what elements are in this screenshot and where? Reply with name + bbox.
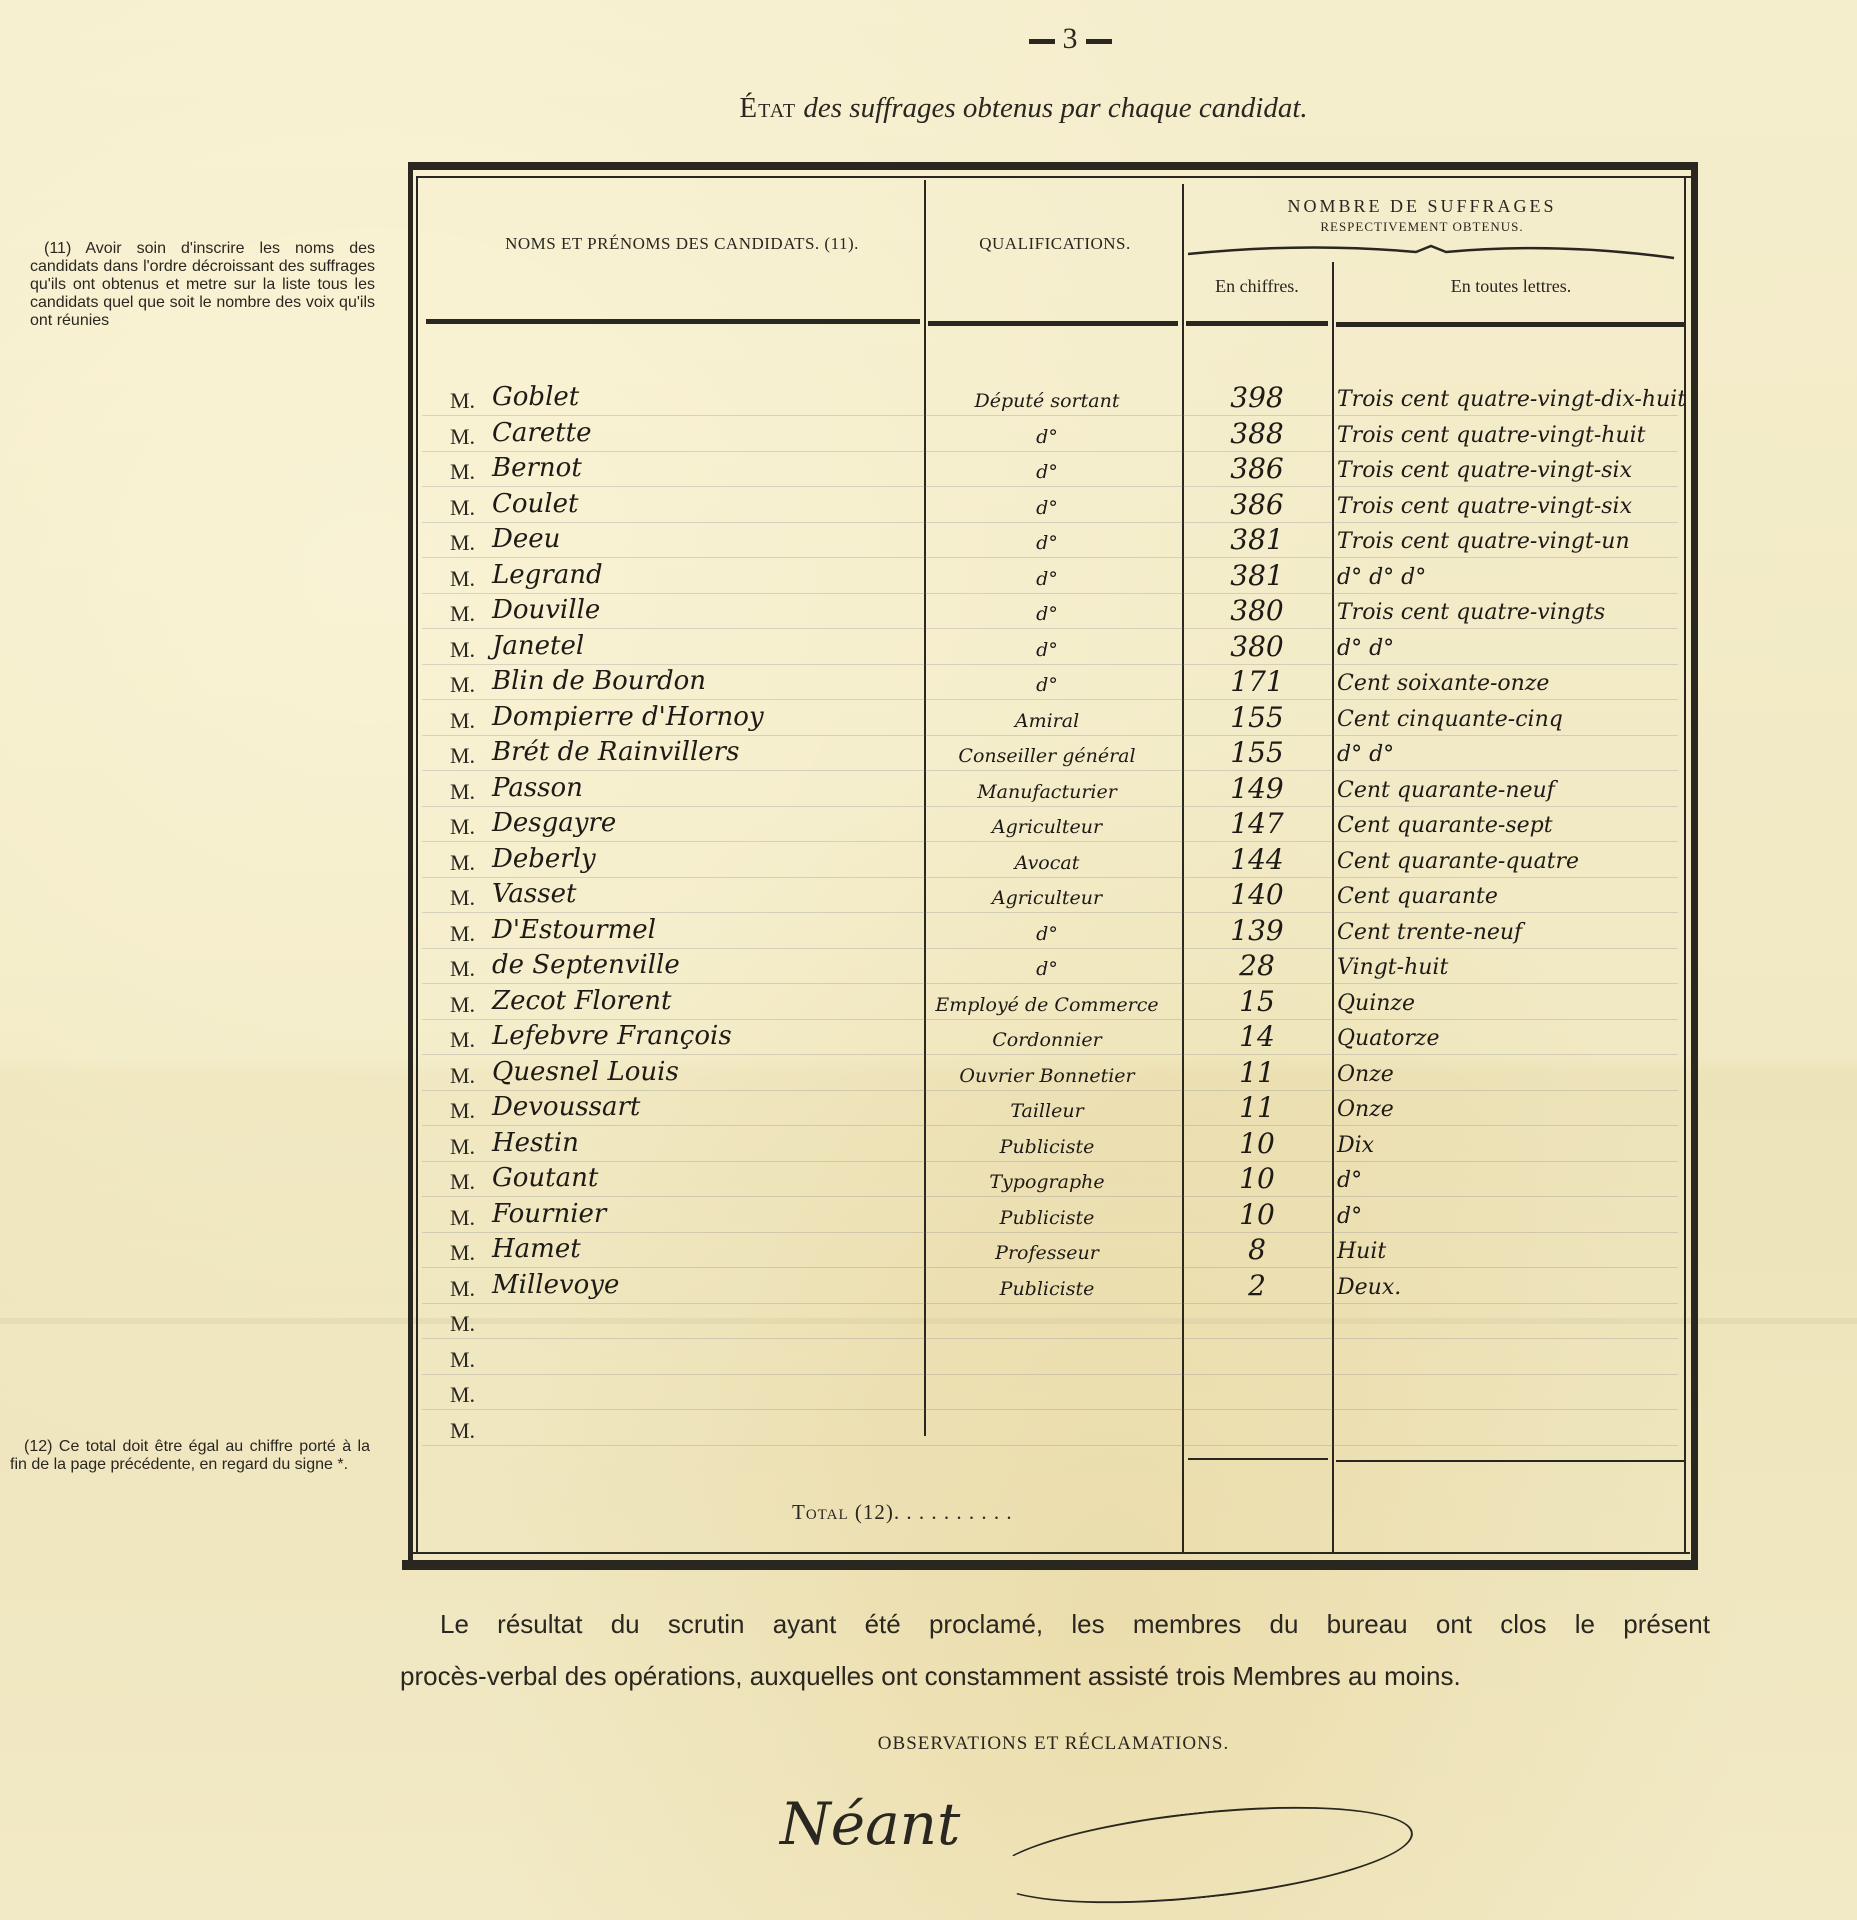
votes-figures: 381 bbox=[1184, 523, 1330, 556]
votes-words: Cent quarante bbox=[1337, 884, 1498, 909]
row-prefix: M. bbox=[450, 1169, 475, 1195]
candidate-qualification: d° bbox=[922, 923, 1172, 945]
row-prefix: M. bbox=[450, 1311, 475, 1337]
votes-words: Quinze bbox=[1337, 991, 1415, 1016]
row-prefix: M. bbox=[450, 1063, 475, 1089]
table-border-bottom bbox=[402, 1560, 1694, 1570]
votes-words: d° d° d° bbox=[1337, 565, 1426, 590]
table-row: M.Douvilled°380Trois cent quatre-vingts bbox=[402, 593, 1698, 629]
table-row: M.FournierPubliciste10d° bbox=[402, 1197, 1698, 1233]
table-row: M.Quesnel LouisOuvrier Bonnetier11Onze bbox=[402, 1055, 1698, 1091]
total-label-word: Total bbox=[792, 1500, 849, 1524]
candidate-qualification: d° bbox=[922, 532, 1172, 554]
footnote-12: (12) Ce total doit être égal au chiffre … bbox=[10, 1438, 370, 1474]
row-prefix: M. bbox=[450, 921, 475, 947]
table-row: M.Blin de Bourdond°171Cent soixante-onze bbox=[402, 664, 1698, 700]
votes-figures: 28 bbox=[1184, 949, 1330, 982]
votes-figures: 140 bbox=[1184, 878, 1330, 911]
footnote-11: (11) Avoir soin d'inscrire les noms des … bbox=[30, 240, 375, 330]
candidate-name: Goblet bbox=[492, 382, 579, 412]
candidate-qualification: Publiciste bbox=[922, 1207, 1172, 1229]
votes-words: Trois cent quatre-vingts bbox=[1337, 600, 1605, 625]
votes-figures: 14 bbox=[1184, 1020, 1330, 1053]
candidate-qualification: Employé de Commerce bbox=[922, 994, 1172, 1016]
table-row: M.Dompierre d'HornoyAmiral155Cent cinqua… bbox=[402, 700, 1698, 736]
table-row: M. bbox=[402, 1410, 1698, 1446]
candidate-name: Hamet bbox=[492, 1234, 581, 1264]
votes-words: Vingt-huit bbox=[1337, 955, 1448, 980]
votes-figures: 2 bbox=[1184, 1269, 1330, 1302]
votes-words: Cent trente-neuf bbox=[1337, 920, 1522, 945]
votes-words: d° bbox=[1337, 1204, 1362, 1229]
votes-figures: 10 bbox=[1184, 1198, 1330, 1231]
table-row: M.MillevoyePubliciste2Deux. bbox=[402, 1268, 1698, 1304]
candidate-name: D'Estourmel bbox=[492, 915, 656, 945]
votes-words: Trois cent quatre-vingt-dix-huit bbox=[1337, 387, 1686, 412]
candidate-qualification: d° bbox=[922, 603, 1172, 625]
row-prefix: M. bbox=[450, 1418, 475, 1444]
table-row: M. bbox=[402, 1374, 1698, 1410]
votes-words: Trois cent quatre-vingt-huit bbox=[1337, 423, 1645, 448]
table-row: M. bbox=[402, 1339, 1698, 1375]
row-prefix: M. bbox=[450, 992, 475, 1018]
votes-words: Trois cent quatre-vingt-six bbox=[1337, 458, 1632, 483]
title-etat: État bbox=[739, 92, 796, 124]
votes-words: Cent soixante-onze bbox=[1337, 671, 1549, 696]
votes-figures: 171 bbox=[1184, 665, 1330, 698]
votes-words: Trois cent quatre-vingt-six bbox=[1337, 494, 1632, 519]
votes-figures: 155 bbox=[1184, 701, 1330, 734]
candidate-qualification: Tailleur bbox=[922, 1100, 1172, 1122]
header-underline-lettres bbox=[1336, 322, 1686, 327]
candidate-qualification: Agriculteur bbox=[922, 887, 1172, 909]
votes-figures: 380 bbox=[1184, 630, 1330, 663]
table-row: M.Zecot FlorentEmployé de Commerce15Quin… bbox=[402, 984, 1698, 1020]
candidate-name: Zecot Florent bbox=[492, 986, 671, 1016]
table-row: M.Couletd°386Trois cent quatre-vingt-six bbox=[402, 487, 1698, 523]
candidate-qualification: Avocat bbox=[922, 852, 1172, 874]
candidate-name: Douville bbox=[492, 595, 600, 625]
candidate-qualification: d° bbox=[922, 497, 1172, 519]
votes-figures: 381 bbox=[1184, 559, 1330, 592]
candidate-name: Brét de Rainvillers bbox=[492, 737, 739, 767]
dash-right bbox=[1086, 39, 1112, 44]
votes-words: Cent quarante-quatre bbox=[1337, 849, 1579, 874]
candidate-name: Lefebvre François bbox=[492, 1021, 732, 1051]
candidate-name: Coulet bbox=[492, 489, 578, 519]
candidate-name: Carette bbox=[492, 418, 592, 448]
table-row: M.VassetAgriculteur140Cent quarante bbox=[402, 877, 1698, 913]
table-row: M.GobletDéputé sortant398Trois cent quat… bbox=[402, 380, 1698, 416]
candidate-qualification: Ouvrier Bonnetier bbox=[922, 1065, 1172, 1087]
candidate-name: Janetel bbox=[492, 631, 584, 661]
closing-line-1: Le résultat du scrutin ayant été proclam… bbox=[400, 1598, 1710, 1650]
table-row: M.HametProfesseur8Huit bbox=[402, 1232, 1698, 1268]
candidate-qualification: Publiciste bbox=[922, 1136, 1172, 1158]
table-row: M.HestinPubliciste10Dix bbox=[402, 1126, 1698, 1162]
candidate-name: Deeu bbox=[492, 524, 560, 554]
votes-words: Onze bbox=[1337, 1097, 1394, 1122]
row-prefix: M. bbox=[450, 495, 475, 521]
table-row: M.Brét de RainvillersConseiller général1… bbox=[402, 735, 1698, 771]
table-row: M.Deeud°381Trois cent quatre-vingt-un bbox=[402, 522, 1698, 558]
votes-figures: 11 bbox=[1184, 1091, 1330, 1124]
votes-figures: 386 bbox=[1184, 452, 1330, 485]
table-border-bottom-inner bbox=[408, 1552, 1690, 1554]
candidate-name: Hestin bbox=[492, 1128, 579, 1158]
votes-figures: 155 bbox=[1184, 736, 1330, 769]
candidate-name: Deberly bbox=[492, 844, 596, 874]
candidate-name: Passon bbox=[492, 773, 583, 803]
row-prefix: M. bbox=[450, 1098, 475, 1124]
page-number: 3 bbox=[1000, 22, 1140, 56]
candidate-qualification: d° bbox=[922, 958, 1172, 980]
row-prefix: M. bbox=[450, 885, 475, 911]
votes-words: Huit bbox=[1337, 1239, 1386, 1264]
row-rule bbox=[422, 1445, 1678, 1446]
votes-words: Onze bbox=[1337, 1062, 1394, 1087]
votes-words: Cent quarante-sept bbox=[1337, 813, 1553, 838]
votes-figures: 8 bbox=[1184, 1233, 1330, 1266]
table-row: M.DesgayreAgriculteur147Cent quarante-se… bbox=[402, 806, 1698, 842]
candidate-name: Millevoye bbox=[492, 1270, 619, 1300]
row-prefix: M. bbox=[450, 1382, 475, 1408]
candidate-qualification: d° bbox=[922, 674, 1172, 696]
votes-figures: 15 bbox=[1184, 985, 1330, 1018]
candidate-name: Desgayre bbox=[492, 808, 616, 838]
table-border-top-inner bbox=[416, 176, 1692, 178]
row-prefix: M. bbox=[450, 708, 475, 734]
candidate-name: Goutant bbox=[492, 1163, 598, 1193]
votes-figures: 386 bbox=[1184, 488, 1330, 521]
total-label-dots: (12). . . . . . . . . . bbox=[849, 1500, 1013, 1524]
row-prefix: M. bbox=[450, 601, 475, 627]
observations-content: Néant bbox=[780, 1790, 960, 1858]
row-prefix: M. bbox=[450, 424, 475, 450]
candidate-name: Legrand bbox=[492, 560, 603, 590]
row-prefix: M. bbox=[450, 566, 475, 592]
candidate-name: Devoussart bbox=[492, 1092, 640, 1122]
table-row: M.PassonManufacturier149Cent quarante-ne… bbox=[402, 771, 1698, 807]
header-underline-qual bbox=[928, 321, 1178, 326]
candidate-name: Vasset bbox=[492, 879, 576, 909]
row-prefix: M. bbox=[450, 1347, 475, 1373]
candidate-qualification: Manufacturier bbox=[922, 781, 1172, 803]
votes-figures: 380 bbox=[1184, 594, 1330, 627]
row-prefix: M. bbox=[450, 459, 475, 485]
total-line-chiffres bbox=[1188, 1458, 1328, 1460]
votes-figures: 10 bbox=[1184, 1127, 1330, 1160]
votes-words: d° d° bbox=[1337, 636, 1394, 661]
table-row: M. bbox=[402, 1303, 1698, 1339]
votes-figures: 139 bbox=[1184, 914, 1330, 947]
candidate-name: Bernot bbox=[492, 453, 582, 483]
votes-words: Cent cinquante-cinq bbox=[1337, 707, 1563, 732]
row-prefix: M. bbox=[450, 637, 475, 663]
header-underline-chiffres bbox=[1186, 321, 1328, 326]
table-row: M.Legrandd°381d° d° d° bbox=[402, 558, 1698, 594]
table-row: M.DeberlyAvocat144Cent quarante-quatre bbox=[402, 842, 1698, 878]
votes-words: Trois cent quatre-vingt-un bbox=[1337, 529, 1630, 554]
votes-figures: 10 bbox=[1184, 1162, 1330, 1195]
row-prefix: M. bbox=[450, 530, 475, 556]
candidate-name: de Septenville bbox=[492, 950, 680, 980]
votes-figures: 149 bbox=[1184, 772, 1330, 805]
header-en-lettres: En toutes lettres. bbox=[1336, 276, 1686, 297]
observations-heading: OBSERVATIONS ET RÉCLAMATIONS. bbox=[0, 1733, 1857, 1755]
table-row: M.DevoussartTailleur11Onze bbox=[402, 1090, 1698, 1126]
votes-words: d° bbox=[1337, 1168, 1362, 1193]
row-prefix: M. bbox=[450, 1134, 475, 1160]
row-prefix: M. bbox=[450, 1027, 475, 1053]
votes-words: Dix bbox=[1337, 1133, 1374, 1158]
candidate-name: Dompierre d'Hornoy bbox=[492, 702, 764, 732]
row-prefix: M. bbox=[450, 672, 475, 698]
total-label: Total (12). . . . . . . . . . bbox=[792, 1500, 1177, 1525]
votes-words: Quatorze bbox=[1337, 1026, 1440, 1051]
row-prefix: M. bbox=[450, 1276, 475, 1302]
candidate-name: Quesnel Louis bbox=[492, 1057, 679, 1087]
table-row: M.Janeteld°380d° d° bbox=[402, 629, 1698, 665]
candidate-qualification: Professeur bbox=[922, 1242, 1172, 1264]
candidate-qualification: d° bbox=[922, 461, 1172, 483]
votes-words: Deux. bbox=[1337, 1275, 1401, 1300]
header-brace bbox=[1186, 240, 1676, 264]
dash-left bbox=[1029, 39, 1055, 44]
row-prefix: M. bbox=[450, 743, 475, 769]
row-prefix: M. bbox=[450, 1205, 475, 1231]
votes-figures: 144 bbox=[1184, 843, 1330, 876]
candidate-name: Blin de Bourdon bbox=[492, 666, 706, 696]
row-prefix: M. bbox=[450, 1240, 475, 1266]
header-respectivement: RESPECTIVEMENT OBTENUS. bbox=[1172, 219, 1672, 235]
votes-words: d° d° bbox=[1337, 742, 1394, 767]
candidate-qualification: d° bbox=[922, 426, 1172, 448]
candidate-qualification: Amiral bbox=[922, 710, 1172, 732]
header-nombre: NOMBRE DE SUFFRAGES bbox=[1172, 196, 1672, 217]
table-row: M.GoutantTypographe10d° bbox=[402, 1161, 1698, 1197]
header-qualifications: QUALIFICATIONS. bbox=[930, 234, 1180, 254]
results-table: NOMS ET PRÉNOMS DES CANDIDATS. (11). QUA… bbox=[402, 162, 1698, 1572]
page-title: État des suffrages obtenus par chaque ca… bbox=[0, 92, 1857, 125]
table-row: M.D'Estourmeld°139Cent trente-neuf bbox=[402, 913, 1698, 949]
candidate-qualification: d° bbox=[922, 568, 1172, 590]
candidate-qualification: Député sortant bbox=[922, 390, 1172, 412]
candidate-name: Fournier bbox=[492, 1199, 606, 1229]
total-line-lettres bbox=[1336, 1460, 1686, 1462]
votes-figures: 388 bbox=[1184, 417, 1330, 450]
header-names: NOMS ET PRÉNOMS DES CANDIDATS. (11). bbox=[432, 234, 932, 254]
candidate-qualification: Publiciste bbox=[922, 1278, 1172, 1300]
row-prefix: M. bbox=[450, 388, 475, 414]
votes-figures: 147 bbox=[1184, 807, 1330, 840]
candidate-qualification: Conseiller général bbox=[922, 745, 1172, 767]
table-row: M.de Septenvilled°28Vingt-huit bbox=[402, 948, 1698, 984]
header-underline-names bbox=[426, 319, 920, 324]
row-prefix: M. bbox=[450, 779, 475, 805]
page-number-value: 3 bbox=[1063, 22, 1078, 55]
candidate-qualification: Typographe bbox=[922, 1171, 1172, 1193]
table-row: M.Caretted°388Trois cent quatre-vingt-hu… bbox=[402, 416, 1698, 452]
row-prefix: M. bbox=[450, 956, 475, 982]
table-row: M.Lefebvre FrançoisCordonnier14Quatorze bbox=[402, 1019, 1698, 1055]
table-row: M.Bernotd°386Trois cent quatre-vingt-six bbox=[402, 451, 1698, 487]
closing-line-2: procès-verbal des opérations, auxquelles… bbox=[400, 1650, 1710, 1702]
candidate-qualification: d° bbox=[922, 639, 1172, 661]
votes-words: Cent quarante-neuf bbox=[1337, 778, 1555, 803]
table-border-top bbox=[410, 162, 1698, 170]
votes-figures: 11 bbox=[1184, 1056, 1330, 1089]
closing-paragraph: Le résultat du scrutin ayant été proclam… bbox=[400, 1598, 1710, 1702]
header-en-chiffres: En chiffres. bbox=[1184, 276, 1330, 297]
row-prefix: M. bbox=[450, 850, 475, 876]
candidate-qualification: Agriculteur bbox=[922, 816, 1172, 838]
title-rest: des suffrages obtenus par chaque candida… bbox=[803, 92, 1307, 124]
candidate-qualification: Cordonnier bbox=[922, 1029, 1172, 1051]
row-prefix: M. bbox=[450, 814, 475, 840]
votes-figures: 398 bbox=[1184, 381, 1330, 414]
